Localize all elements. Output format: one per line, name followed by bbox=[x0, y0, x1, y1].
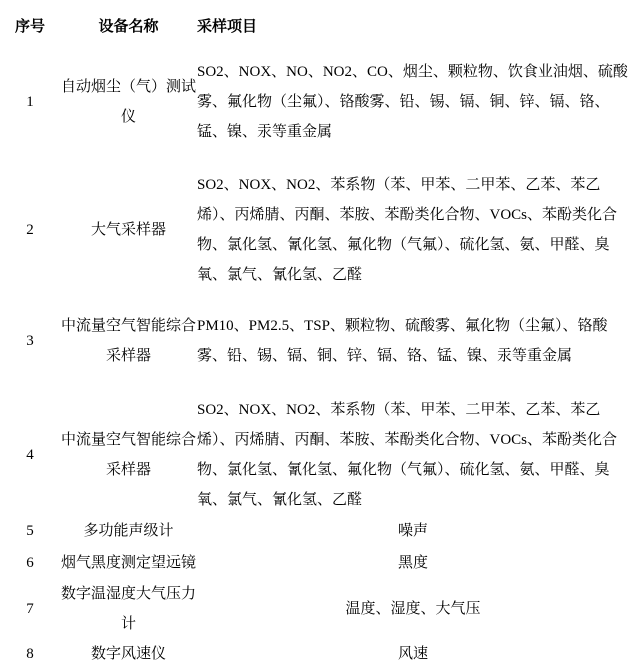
table-body: 1 自动烟尘（气）测试仪 SO2、NOX、NO、NO2、CO、烟尘、颗粒物、饮食… bbox=[0, 57, 629, 667]
row-no: 6 bbox=[0, 547, 60, 579]
row-no: 1 bbox=[0, 57, 60, 147]
row-no: 5 bbox=[0, 515, 60, 547]
device-name: 大气采样器 bbox=[60, 147, 197, 290]
sampling-items-text: PM10、PM2.5、TSP、颗粒物、硫酸雾、氟化物（尘氟）、铬酸雾、铅、锡、镉… bbox=[197, 311, 629, 371]
sampling-items: 风速 bbox=[197, 639, 629, 667]
header-device-name: 设备名称 bbox=[60, 0, 197, 57]
row-no: 8 bbox=[0, 639, 60, 667]
sampling-items: PM10、PM2.5、TSP、颗粒物、硫酸雾、氟化物（尘氟）、铬酸雾、铅、锡、镉… bbox=[197, 290, 629, 371]
sampling-items-text: SO2、NOX、NO、NO2、CO、烟尘、颗粒物、饮食业油烟、硫酸雾、氟化物（尘… bbox=[197, 57, 629, 147]
table-row: 7 数字温湿度大气压力计 温度、湿度、大气压 bbox=[0, 579, 629, 639]
device-name: 数字风速仪 bbox=[60, 639, 197, 667]
header-no: 序号 bbox=[0, 0, 60, 57]
device-name: 烟气黑度测定望远镜 bbox=[60, 547, 197, 579]
sampling-items: 温度、湿度、大气压 bbox=[197, 579, 629, 639]
device-name: 多功能声级计 bbox=[60, 515, 197, 547]
table-header: 序号 设备名称 采样项目 bbox=[0, 0, 629, 57]
sampling-items: 噪声 bbox=[197, 515, 629, 547]
equipment-sampling-table: 序号 设备名称 采样项目 1 自动烟尘（气）测试仪 SO2、NOX、NO、NO2… bbox=[0, 0, 629, 667]
table-row: 8 数字风速仪 风速 bbox=[0, 639, 629, 667]
sampling-items: SO2、NOX、NO2、苯系物（苯、甲苯、二甲苯、乙苯、苯乙烯）、丙烯腈、丙酮、… bbox=[197, 371, 629, 515]
header-sampling-items: 采样项目 bbox=[197, 0, 629, 57]
table-row: 3 中流量空气智能综合采样器 PM10、PM2.5、TSP、颗粒物、硫酸雾、氟化… bbox=[0, 290, 629, 371]
table-row: 2 大气采样器 SO2、NOX、NO2、苯系物（苯、甲苯、二甲苯、乙苯、苯乙烯）… bbox=[0, 147, 629, 290]
sampling-items: SO2、NOX、NO、NO2、CO、烟尘、颗粒物、饮食业油烟、硫酸雾、氟化物（尘… bbox=[197, 57, 629, 147]
sampling-items-text: SO2、NOX、NO2、苯系物（苯、甲苯、二甲苯、乙苯、苯乙烯）、丙烯腈、丙酮、… bbox=[197, 170, 629, 290]
device-name: 中流量空气智能综合采样器 bbox=[60, 290, 197, 371]
row-no: 4 bbox=[0, 371, 60, 515]
row-no: 7 bbox=[0, 579, 60, 639]
table-row: 1 自动烟尘（气）测试仪 SO2、NOX、NO、NO2、CO、烟尘、颗粒物、饮食… bbox=[0, 57, 629, 147]
row-no: 3 bbox=[0, 290, 60, 371]
sampling-items: 黑度 bbox=[197, 547, 629, 579]
header-row: 序号 设备名称 采样项目 bbox=[0, 0, 629, 57]
table-row: 4 中流量空气智能综合采样器 SO2、NOX、NO2、苯系物（苯、甲苯、二甲苯、… bbox=[0, 371, 629, 515]
row-no: 2 bbox=[0, 147, 60, 290]
sampling-items-text: SO2、NOX、NO2、苯系物（苯、甲苯、二甲苯、乙苯、苯乙烯）、丙烯腈、丙酮、… bbox=[197, 395, 629, 515]
table-row: 5 多功能声级计 噪声 bbox=[0, 515, 629, 547]
device-name: 自动烟尘（气）测试仪 bbox=[60, 57, 197, 147]
table-row: 6 烟气黑度测定望远镜 黑度 bbox=[0, 547, 629, 579]
device-name: 中流量空气智能综合采样器 bbox=[60, 371, 197, 515]
sampling-items: SO2、NOX、NO2、苯系物（苯、甲苯、二甲苯、乙苯、苯乙烯）、丙烯腈、丙酮、… bbox=[197, 147, 629, 290]
device-name: 数字温湿度大气压力计 bbox=[60, 579, 197, 639]
